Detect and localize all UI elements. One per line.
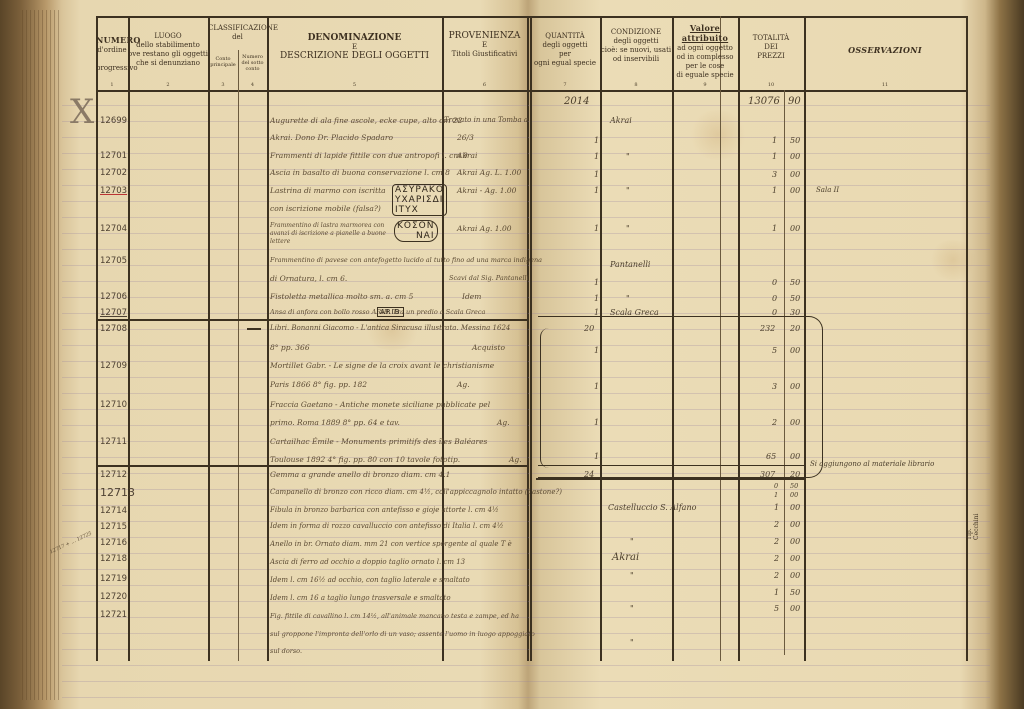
carry-total-dec: 90: [788, 96, 801, 107]
row-total-dec: 00: [790, 186, 800, 195]
row-provenance: Acquisto: [472, 343, 505, 352]
row-number: 12712: [100, 470, 127, 480]
row-total: 2: [774, 554, 779, 563]
right-page: QUANTITÀdegli oggettiperogni egual speci…: [528, 10, 990, 700]
row-total: 65: [766, 452, 776, 461]
carry-total: 13076: [748, 96, 780, 107]
row-provenance: Trovato in una Tomba a: [444, 116, 528, 124]
row-description: Akrai. Dono Dr. Placido Spadaro: [270, 133, 393, 142]
col-number: 4: [238, 82, 267, 88]
col-number: 7: [530, 82, 600, 88]
row-number: 12703: [100, 186, 127, 196]
row-condition: Akrai: [612, 552, 639, 563]
row-total: 1: [774, 491, 778, 499]
row-description: Fig. fittile di cavallino l. cm 14½, all…: [270, 612, 519, 620]
row-description: Gemma a grande anello di bronzo diam. cm…: [270, 470, 450, 479]
row-total-dec: 00: [790, 224, 800, 233]
row-total: 232: [760, 324, 775, 333]
left-brace: [540, 328, 549, 468]
row-total: 2: [774, 537, 779, 546]
row-condition: ": [630, 571, 634, 580]
row-total: 1: [774, 503, 779, 512]
row-number: 12714: [100, 506, 127, 516]
row-total-dec: 00: [790, 346, 800, 355]
header-condition: CONDIZIONEdegli oggetticioè: se nuovi, u…: [600, 28, 672, 64]
row-description: Idem l. cm 16½ ad occhio, con taglio lat…: [270, 576, 470, 584]
row-condition: ": [630, 638, 634, 647]
row-condition: Castelluccio S. Alfano: [608, 503, 696, 512]
header-value: Valore attribuitoad ogni oggettood in co…: [672, 24, 738, 80]
header-quantity: QUANTITÀdegli oggettiperogni egual speci…: [530, 32, 600, 68]
header-main-account: Conto principale: [208, 56, 238, 68]
col-number: 1: [96, 82, 128, 88]
row-total-dec: 00: [790, 152, 800, 161]
row-provenance: Akrai - Ag. 1.00: [457, 186, 516, 195]
left-page: NUMEROd'ordineprogressivo LUOGOdello sta…: [62, 10, 528, 700]
row-description: di Ornatura, l. cm 6.: [270, 274, 347, 283]
row-provenance: Idem: [462, 292, 481, 301]
header-description: DENOMINAZIONEEDESCRIZIONE DEGLI OGGETTI: [267, 34, 442, 61]
row-number: 12707: [100, 308, 127, 318]
printer-imprint: Tip. Cecchini: [966, 514, 980, 540]
row-quantity: 1: [594, 224, 599, 233]
row-total: 3: [772, 170, 777, 179]
row-note: Sala II: [816, 186, 839, 194]
row-total-dec: 00: [790, 418, 800, 427]
row-description: Fraccia Gaetano - Antiche monete sicilia…: [270, 400, 490, 409]
row-number: 12718: [100, 554, 127, 564]
row-description: Mortillet Gabr. - Le signe de la croix a…: [270, 361, 494, 370]
row-provenance: 26/3: [457, 133, 474, 142]
margin-mark: X: [70, 92, 94, 132]
row-condition: ": [626, 186, 630, 195]
row-total-dec: 00: [790, 452, 800, 461]
row-quantity: 1: [594, 346, 599, 355]
row-description: con iscrizione mobile (falsa?): [270, 204, 381, 213]
row-quantity: 1: [594, 136, 599, 145]
row-quantity: 1: [594, 278, 599, 287]
col-number: 3: [208, 82, 238, 88]
row-number: 12713: [100, 486, 135, 499]
greek-inscription-1: ΑΣΥΡΑΚΟ ΥΧΑΡΙΣΔΙ ΙΤΥΧ: [392, 184, 447, 216]
row-total: 1: [772, 186, 777, 195]
row-total: 1: [772, 136, 777, 145]
row-number: 12719: [100, 574, 127, 584]
row-quantity: 1: [594, 382, 599, 391]
row-total-dec: 00: [790, 554, 800, 563]
col-number: 9: [672, 82, 738, 88]
row-description: Cartailhac Émile - Monuments primitifs d…: [270, 437, 487, 446]
row-condition: ": [630, 604, 634, 613]
row-total-dec: 00: [790, 571, 800, 580]
greek-inscription-2: ΚΟΣΟΝ ΝΑΙ: [394, 220, 438, 242]
header-observations: OSSERVAZIONI: [804, 46, 966, 56]
row-description: Libri. Bonanni Giacomo - L'antica Siracu…: [270, 324, 510, 332]
header-provenance: PROVENIENZAETitoli Giustificativi: [442, 32, 527, 59]
row-total: 5: [774, 604, 779, 613]
row-provenance: Ag.: [497, 418, 510, 427]
row-quantity: 1: [594, 152, 599, 161]
row-number: 12710: [100, 400, 127, 410]
row-quantity: 20: [584, 324, 594, 333]
row-total-dec: 50: [790, 278, 800, 287]
col-number: 5: [267, 82, 442, 88]
row-total-dec: 50: [790, 294, 800, 303]
row-description: Augurette di ala fine ascole, ecke cupe,…: [270, 116, 462, 125]
row-total-dec: 50: [790, 588, 800, 597]
ledger-book: NUMEROd'ordineprogressivo LUOGOdello sta…: [0, 0, 1024, 709]
page-edges: [22, 10, 62, 700]
row-description: sul groppone l'impronta dell'orlo di un …: [270, 630, 535, 638]
row-description: Anello in br. Ornato diam. mm 21 con ver…: [270, 540, 512, 548]
row-description: Frammentino di pavese con antefogetto lu…: [270, 256, 542, 264]
row-total: 0: [772, 278, 777, 287]
row-condition: ": [626, 152, 630, 161]
col-number: 11: [804, 82, 966, 88]
row-description: sul dorso.: [270, 647, 302, 655]
row-total: 1: [774, 588, 779, 597]
col-number: 2: [128, 82, 208, 88]
row-total-dec: 00: [790, 503, 800, 512]
row-number: 12699: [100, 116, 127, 126]
row-total-dec: 00: [790, 170, 800, 179]
row-total: 0: [774, 482, 778, 490]
header-classification: CLASSIFICAZIONEdel: [208, 24, 267, 42]
row-description: Frammentino di lastra marmorea con avanz…: [270, 222, 390, 246]
row-condition: ": [626, 224, 630, 233]
row-quantity: 1: [594, 170, 599, 179]
row-quantity: 1: [594, 452, 599, 461]
ruled-lines: [62, 90, 528, 700]
row-number: 12704: [100, 224, 127, 234]
row-description: Paris 1866 8° fig. pp. 182: [270, 380, 367, 389]
row-description: primo. Roma 1889 8° pp. 64 e tav.: [270, 418, 400, 427]
row-description: Fistoletta metallica molto sm. a. cm 5: [270, 292, 413, 301]
row-condition: ": [630, 537, 634, 546]
row-provenance: Ag.: [457, 380, 470, 389]
row-description: 8° pp. 366: [270, 343, 310, 352]
row-total-dec: 20: [790, 324, 800, 333]
row-total-dec: 00: [790, 491, 798, 499]
row-number: 12716: [100, 538, 127, 548]
row-number: 12708: [100, 324, 127, 334]
row-total-dec: 50: [790, 136, 800, 145]
header-total: TOTALITÀDEIPREZZI: [738, 34, 804, 61]
row-total-dec: 50: [790, 482, 798, 490]
row-total: 2: [774, 571, 779, 580]
row-provenance: Ag.: [509, 455, 522, 464]
row-provenance: Akrai: [457, 151, 477, 160]
header-location: LUOGOdello stabilimentoove restano gli o…: [128, 32, 208, 68]
row-provenance: Scavi dal Sig. Pantanelli: [449, 274, 529, 282]
row-description: Ascia di ferro ad occhio a doppio taglio…: [270, 558, 465, 566]
row-quantity: 1: [594, 186, 599, 195]
row-description: Idem l. cm 16 a taglio lungo trasversale…: [270, 594, 451, 602]
row-quantity: 1: [594, 294, 599, 303]
row-description: Idem in forma di rozzo cavalluccio con a…: [270, 522, 504, 530]
row-number: 12705: [100, 256, 127, 266]
row-condition: ": [626, 294, 630, 303]
row-total: 0: [772, 294, 777, 303]
stamp-inscription: ARIB: [377, 307, 404, 317]
row-total: 5: [772, 346, 777, 355]
row-number: 12715: [100, 522, 127, 532]
row-total-dec: 00: [790, 382, 800, 391]
row-quantity: 1: [594, 418, 599, 427]
row-condition: Akrai: [610, 116, 632, 125]
row-total-dec: 00: [790, 604, 800, 613]
row-total: 2: [772, 418, 777, 427]
carry-quantity: 2014: [564, 96, 589, 107]
row-number: 12709: [100, 361, 127, 371]
header-number: NUMEROd'ordineprogressivo: [96, 36, 128, 73]
row-number: 12701: [100, 151, 127, 161]
row-description: Campanello di bronzo con ricco diam. cm …: [270, 488, 562, 496]
col-number: 8: [600, 82, 672, 88]
row-total: 1: [772, 152, 777, 161]
row-number: 12720: [100, 592, 127, 602]
row-description: Frammenti di lapide fittile con due antr…: [270, 151, 468, 160]
row-total-dec: 00: [790, 520, 800, 529]
row-provenance: Akrai Ag. L. 1.00: [457, 168, 521, 177]
row-number: 12711: [100, 437, 127, 447]
row-description: Ascia in basalto di buona conservazione …: [270, 168, 450, 177]
row-total: 2: [774, 520, 779, 529]
row-description: Toulouse 1892 4° fig. pp. 80 con 10 tavo…: [270, 455, 460, 464]
bracket-box: [538, 316, 823, 478]
row-total: 1: [772, 224, 777, 233]
col-number: 6: [442, 82, 527, 88]
row-condition: Pantanelli: [610, 260, 651, 269]
row-total: 3: [772, 382, 777, 391]
row-number: 12721: [100, 610, 127, 620]
row-description: Fibula in bronzo barbarica con antefisso…: [270, 506, 499, 514]
row-provenance: Akrai Ag. 1.00: [457, 224, 512, 233]
row-note: Si aggiungono al materiale librario: [810, 460, 934, 468]
row-number: 12706: [100, 292, 127, 302]
col-number: 10: [738, 82, 804, 88]
header-sub-account: Numero del sotto conto: [238, 54, 267, 72]
row-total-dec: 00: [790, 537, 800, 546]
row-description: Lastrina di marmo con iscritta: [270, 186, 386, 195]
row-number: 12702: [100, 168, 127, 178]
